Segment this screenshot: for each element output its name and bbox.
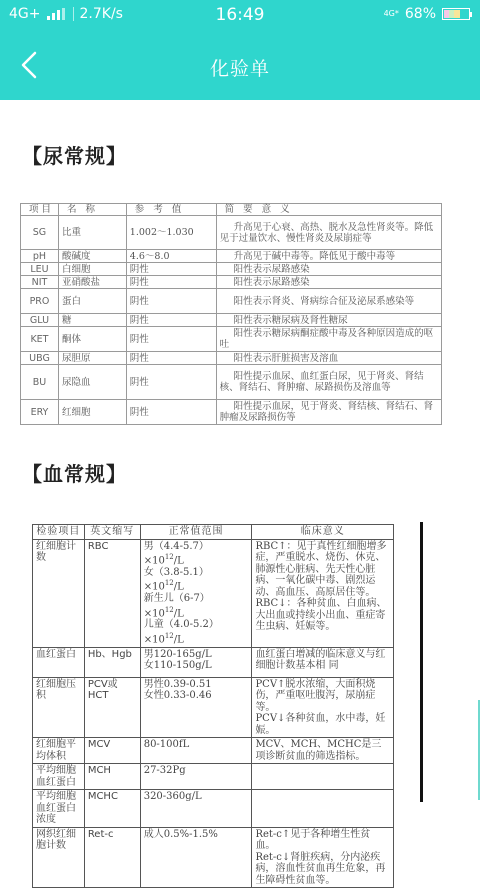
table-row: 平均细胞血红蛋白浓度MCHC320-360g/L [33, 790, 394, 800]
normal-range: 80-100fL [140, 738, 252, 764]
test-item: 平均细胞血红蛋白 [33, 764, 85, 790]
item-code: NIT [21, 276, 59, 289]
range-line: 320-360g/L [144, 791, 249, 800]
app-header: 4G+ 2.7K/s 16:49 4G* 68% 化验单 [0, 0, 480, 100]
range-line: 新生儿（6-7）×1012/L [144, 593, 249, 619]
abbreviation: MCHC [84, 790, 140, 800]
test-item: 红细胞计数 [33, 539, 85, 647]
test-item: 红细胞压积 [33, 677, 85, 738]
item-name: 尿胆原 [58, 352, 126, 365]
reference-value: 阴性 [126, 276, 216, 289]
table-row: 红细胞平均体积MCV80-100fLMCV、MCH、MCHC是三项诊断贫血的筛选… [33, 738, 394, 764]
status-bar: 4G+ 2.7K/s 16:49 4G* 68% [0, 0, 480, 32]
reference-value: 阴性 [126, 400, 216, 425]
item-name: 酮体 [58, 327, 126, 352]
clinical-meaning: 阳性表示尿路感染 [216, 276, 441, 289]
normal-range: 男性0.39-0.51女性0.33-0.46 [140, 677, 252, 738]
clinical-significance: 血红蛋白增减的临床意义与红细胞计数基本相 同 [252, 647, 394, 677]
item-code: KET [21, 327, 59, 352]
item-name: 红细胞 [58, 400, 126, 425]
table-row: ERY红细胞阴性阳性提示血尿，见于肾炎、肾结核、肾结石、肾肿瘤及尿路损伤等 [21, 400, 442, 425]
clinical-meaning: 阳性表示糖尿病及肾性糖尿 [216, 314, 441, 327]
table-row: KET酮体阴性阳性表示糖尿病酮症酸中毒及各种原因造成的呕吐 [21, 327, 442, 352]
normal-range: 男120-165g/L女110-150g/L [140, 647, 252, 677]
range-line: 女性0.33-0.46 [144, 690, 249, 702]
reference-value: 阴性 [126, 365, 216, 400]
clinical-significance [252, 790, 394, 800]
column-header: 简 要 意 义 [216, 204, 441, 216]
clinical-meaning: 阳性提示血尿，见于肾炎、肾结核、肾结石、肾肿瘤及尿路损伤等 [216, 400, 441, 425]
item-name: 蛋白 [58, 289, 126, 314]
column-header: 正常值范围 [140, 525, 252, 540]
item-name: 尿隐血 [58, 365, 126, 400]
clinical-meaning: 升高见于心衰、高热、脱水及急性肾炎等。降低见于过量饮水、慢性肾炎及尿崩症等 [216, 216, 441, 250]
reference-value: 阴性 [126, 289, 216, 314]
table-row: pH酸碱度4.6～8.0升高见于碱中毒等。降低见于酸中毒等 [21, 250, 442, 263]
normal-range: 320-360g/L [140, 790, 252, 800]
abbreviation: RBC [84, 539, 140, 647]
reference-value: 阴性 [126, 314, 216, 327]
column-header: 名 称 [58, 204, 126, 216]
meaning-line: MCV、MCH、MCHC是三项诊断贫血的筛选指标。 [255, 739, 390, 762]
item-code: SG [21, 216, 59, 250]
battery-icon [442, 8, 470, 20]
test-item: 平均细胞血红蛋白浓度 [33, 790, 85, 800]
range-line: 27-32Pg [144, 765, 249, 777]
clinical-significance: RBC↑：见于真性红细胞增多症，严重脱水、烧伤、休克、肺源性心脏病、先天性心脏病… [252, 539, 394, 647]
item-code: BU [21, 365, 59, 400]
section-title-blood: 【血常规】 [22, 458, 127, 487]
range-line: 女110-150g/L [144, 660, 249, 672]
clinical-significance: MCV、MCH、MCHC是三项诊断贫血的筛选指标。 [252, 738, 394, 764]
reference-value: 阴性 [126, 352, 216, 365]
table-row: SG比重1.002～1.030升高见于心衰、高热、脱水及急性肾炎等。降低见于过量… [21, 216, 442, 250]
range-line: 男性0.39-0.51 [144, 679, 249, 691]
table-row: 平均细胞血红蛋白MCH27-32Pg [33, 764, 394, 790]
reference-value: 阴性 [126, 327, 216, 352]
table-row: PRO蛋白阴性阳性表示肾炎、肾病综合征及泌尿系感染等 [21, 289, 442, 314]
column-header: 项目 [21, 204, 59, 216]
meaning-line: PCV↓各种贫血，水中毒，妊娠。 [255, 713, 390, 736]
clinical-significance [252, 764, 394, 790]
range-line: 男（4.4-5.7）×1012/L [144, 541, 249, 567]
abbreviation: PCV或HCT [84, 677, 140, 738]
meaning-line: RBC↑：见于真性红细胞增多症，严重脱水、烧伤、休克、肺源性心脏病、先天性心脏病… [255, 541, 390, 599]
range-line: 女（3.8-5.1）×1012/L [144, 567, 249, 593]
meaning-line: RBC↓：各种贫血、白血病、大出血或持续小出血、重症寄生虫病、妊娠等。 [255, 598, 390, 633]
item-code: ERY [21, 400, 59, 425]
item-name: 比重 [58, 216, 126, 250]
reference-value: 1.002～1.030 [126, 216, 216, 250]
blood-reference-table: 检验项目英文缩写正常值范围临床意义 红细胞计数RBC男（4.4-5.7）×101… [32, 524, 394, 800]
range-line: 男120-165g/L [144, 649, 249, 661]
battery-percent: 68% [405, 6, 436, 22]
item-code: LEU [21, 263, 59, 276]
item-name: 白细胞 [58, 263, 126, 276]
item-code: PRO [21, 289, 59, 314]
meaning-line: 血红蛋白增减的临床意义与红细胞计数基本相 同 [255, 649, 390, 672]
item-name: 亚硝酸盐 [58, 276, 126, 289]
clinical-meaning: 升高见于碱中毒等。降低见于酸中毒等 [216, 250, 441, 263]
abbreviation: MCV [84, 738, 140, 764]
item-code: pH [21, 250, 59, 263]
table-row: 血红蛋白Hb、Hgb男120-165g/L女110-150g/L血红蛋白增减的临… [33, 647, 394, 677]
test-item: 红细胞平均体积 [33, 738, 85, 764]
normal-range: 男（4.4-5.7）×1012/L女（3.8-5.1）×1012/L新生儿（6-… [140, 539, 252, 647]
clinical-meaning: 阳性表示肝脏损害及溶血 [216, 352, 441, 365]
column-header: 英文缩写 [84, 525, 140, 540]
reference-value: 阴性 [126, 263, 216, 276]
column-header: 参 考 值 [126, 204, 216, 216]
item-code: UBG [21, 352, 59, 365]
item-code: GLU [21, 314, 59, 327]
table-row: NIT亚硝酸盐阴性阳性表示尿路感染 [21, 276, 442, 289]
nav-bar: 化验单 [0, 32, 480, 100]
normal-range: 27-32Pg [140, 764, 252, 790]
table-row: LEU白细胞阴性阳性表示尿路感染 [21, 263, 442, 276]
table-row: UBG尿胆原阴性阳性表示肝脏损害及溶血 [21, 352, 442, 365]
table-row: 红细胞压积PCV或HCT男性0.39-0.51女性0.33-0.46PCV↑脱水… [33, 677, 394, 738]
image-edge-divider [420, 522, 423, 800]
column-header: 临床意义 [252, 525, 394, 540]
clinical-meaning: 阳性表示肾炎、肾病综合征及泌尿系感染等 [216, 289, 441, 314]
meaning-line: PCV↑脱水浓缩，大面积烧伤，严重呕吐腹泻，尿崩症等。 [255, 679, 390, 714]
section-title-urine: 【尿常规】 [22, 140, 127, 169]
range-line: 儿童（4.0-5.2）×1012/L [144, 619, 249, 645]
page-title: 化验单 [0, 54, 480, 81]
clinical-meaning: 阳性提示血尿、血红蛋白尿，见于肾炎、肾结核、肾结石、肾肿瘤、尿路损伤及溶血等 [216, 365, 441, 400]
reference-value: 4.6～8.0 [126, 250, 216, 263]
abbreviation: MCH [84, 764, 140, 790]
secondary-network-icon: 4G* [384, 10, 399, 18]
item-name: 糖 [58, 314, 126, 327]
table-row: 红细胞计数RBC男（4.4-5.7）×1012/L女（3.8-5.1）×1012… [33, 539, 394, 647]
clinical-significance: PCV↑脱水浓缩，大面积烧伤，严重呕吐腹泻，尿崩症等。PCV↓各种贫血，水中毒，… [252, 677, 394, 738]
item-name: 酸碱度 [58, 250, 126, 263]
column-header: 检验项目 [33, 525, 85, 540]
range-line: 80-100fL [144, 739, 249, 751]
table-row: BU尿隐血阴性阳性提示血尿、血红蛋白尿，见于肾炎、肾结核、肾结石、肾肿瘤、尿路损… [21, 365, 442, 400]
urine-reference-table: 项目名 称参 考 值简 要 意 义 SG比重1.002～1.030升高见于心衰、… [20, 203, 442, 425]
test-item: 血红蛋白 [33, 647, 85, 677]
abbreviation: Hb、Hgb [84, 647, 140, 677]
table-row: GLU糖阴性阳性表示糖尿病及肾性糖尿 [21, 314, 442, 327]
clinical-meaning: 阳性表示尿路感染 [216, 263, 441, 276]
clinical-meaning: 阳性表示糖尿病酮症酸中毒及各种原因造成的呕吐 [216, 327, 441, 352]
